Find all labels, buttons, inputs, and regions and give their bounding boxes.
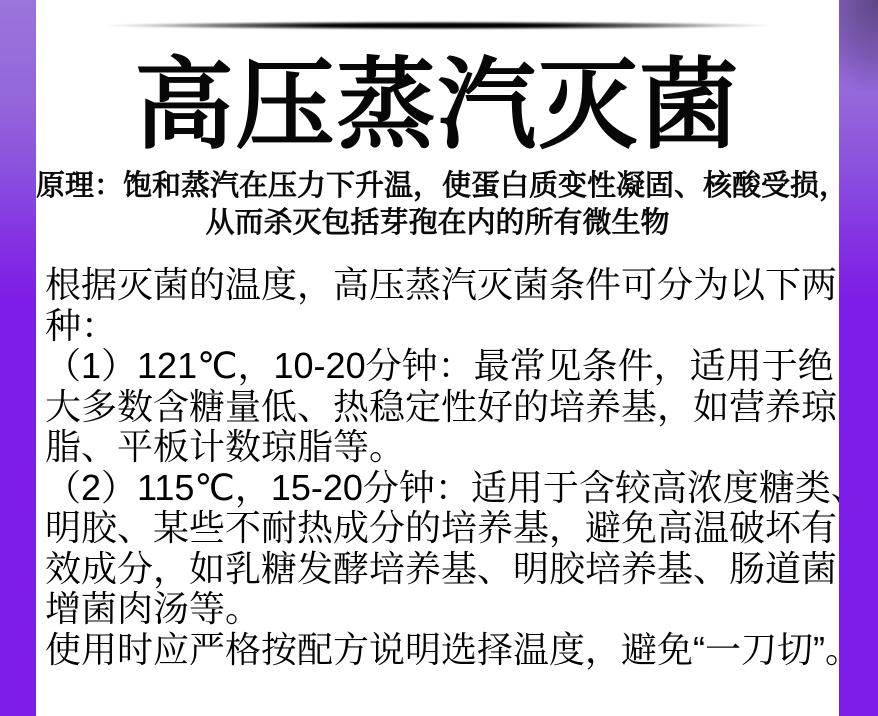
body-text: 根据灭菌的温度，高压蒸汽灭菌条件可分为以下两 种： （1）121℃，10-20分… bbox=[36, 265, 839, 670]
page-title: 高压蒸汽灭菌 bbox=[36, 55, 839, 155]
body-line: 效成分，如乳糖发酵培养基、明胶培养基、肠道菌 bbox=[45, 549, 837, 590]
subtitle-line: 原理：饱和蒸汽在压力下升温，使蛋白质变性凝固、核酸受损， bbox=[36, 168, 839, 205]
body-line: 大多数含糖量低、热稳定性好的培养基，如营养琼 bbox=[45, 387, 837, 428]
body-line: 明胶、某些不耐热成分的培养基，避免高温破坏有 bbox=[45, 508, 837, 549]
body-line: 种： bbox=[45, 306, 837, 347]
principle-subtitle: 原理：饱和蒸汽在压力下升温，使蛋白质变性凝固、核酸受损， 从而杀灭包括芽孢在内的… bbox=[36, 168, 839, 242]
body-line: （2）115℃，15-20分钟：适用于含较高浓度糖类、 bbox=[45, 468, 837, 509]
body-line: 根据灭菌的温度，高压蒸汽灭菌条件可分为以下两 bbox=[45, 265, 837, 306]
body-line: （1）121℃，10-20分钟：最常见条件，适用于绝 bbox=[45, 346, 837, 387]
top-shadow-divider bbox=[102, 21, 774, 30]
subtitle-line: 从而杀灭包括芽孢在内的所有微生物 bbox=[36, 205, 839, 242]
body-line: 增菌肉汤等。 bbox=[45, 589, 837, 630]
body-line: 使用时应严格按配方说明选择温度，避免“一刀切”。 bbox=[45, 630, 837, 671]
content-card: 高压蒸汽灭菌 原理：饱和蒸汽在压力下升温，使蛋白质变性凝固、核酸受损， 从而杀灭… bbox=[36, 0, 839, 716]
page-background: 高压蒸汽灭菌 原理：饱和蒸汽在压力下升温，使蛋白质变性凝固、核酸受损， 从而杀灭… bbox=[0, 0, 878, 716]
body-line: 脂、平板计数琼脂等。 bbox=[45, 427, 837, 468]
